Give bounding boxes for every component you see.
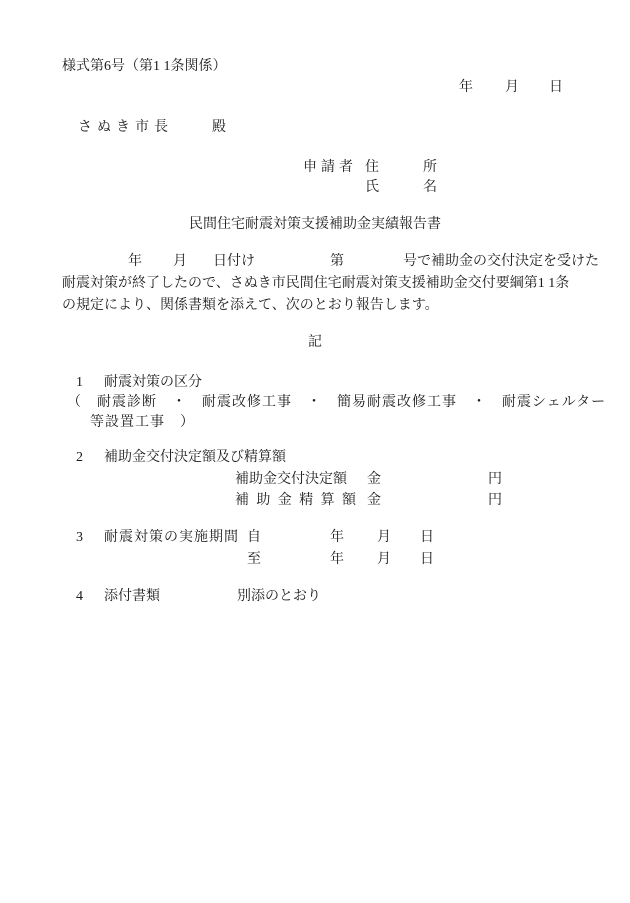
item2-row2-currency: 金 <box>367 492 381 509</box>
applicant-address-label-right: 所 <box>423 159 437 176</box>
item2-row1-label: 補助金交付決定額 <box>235 471 347 488</box>
item3-number: 3 <box>76 529 83 546</box>
item3-to-day: 日 <box>420 551 434 568</box>
body-line2: 耐震対策が終了したので、さぬき市民間住宅耐震対策支援補助金交付要綱第1 1条 <box>62 275 569 292</box>
body-date-month: 月 <box>173 253 187 270</box>
item2-row2-unit: 円 <box>488 492 502 509</box>
item1-options-line2: 等設置工事 ） <box>90 414 195 431</box>
body-date-day: 日付け <box>213 253 255 270</box>
body-date-year: 年 <box>128 253 142 270</box>
item3-from-day: 日 <box>420 529 434 546</box>
item2-row1-currency: 金 <box>367 471 381 488</box>
document-page: 様式第6号（第1 1条関係） 年 月 日 さぬき市長 殿 申請者 住 所 氏 名… <box>0 0 630 903</box>
addressee-honorific: 殿 <box>212 119 226 136</box>
item4-label: 添付書類 <box>104 588 160 605</box>
applicant-name-label-left: 氏 <box>365 179 379 196</box>
item3-to-prefix: 至 <box>247 551 261 568</box>
addressee-name: さぬき市長 <box>78 119 173 136</box>
item3-to-year: 年 <box>330 551 344 568</box>
applicant-name-label-right: 名 <box>423 179 437 196</box>
item1-options-line1: （ 耐震診断 ・ 耐震改修工事 ・ 簡易耐震改修工事 ・ 耐震シェルター <box>67 394 606 411</box>
item1-number: 1 <box>76 374 83 391</box>
item3-to-month: 月 <box>377 551 391 568</box>
item3-from-prefix: 自 <box>247 529 261 546</box>
ki-marker: 記 <box>0 334 630 351</box>
item2-label: 補助金交付決定額及び精算額 <box>104 449 286 466</box>
item2-number: 2 <box>76 449 83 466</box>
document-title: 民間住宅耐震対策支援補助金実績報告書 <box>0 216 630 233</box>
form-number: 様式第6号（第1 1条関係） <box>62 58 227 75</box>
body-line3: の規定により、関係書類を添えて、次のとおり報告します。 <box>62 297 439 314</box>
date-month-label: 月 <box>505 79 519 96</box>
applicant-address-label-left: 住 <box>365 159 379 176</box>
body-number-prefix: 第 <box>330 253 344 270</box>
item2-row2-label: 補助金精算額 <box>235 492 363 509</box>
item1-label: 耐震対策の区分 <box>104 374 202 391</box>
item2-row1-unit: 円 <box>488 471 502 488</box>
item3-from-year: 年 <box>330 529 344 546</box>
item4-value: 別添のとおり <box>237 588 321 605</box>
body-line1-rest: 号で補助金の交付決定を受けた <box>403 253 599 270</box>
date-year-label: 年 <box>459 79 473 96</box>
applicant-label: 申請者 <box>303 159 357 176</box>
item3-label: 耐震対策の実施期間 <box>104 529 239 546</box>
item4-number: 4 <box>76 588 83 605</box>
item3-from-month: 月 <box>377 529 391 546</box>
date-day-label: 日 <box>549 79 563 96</box>
